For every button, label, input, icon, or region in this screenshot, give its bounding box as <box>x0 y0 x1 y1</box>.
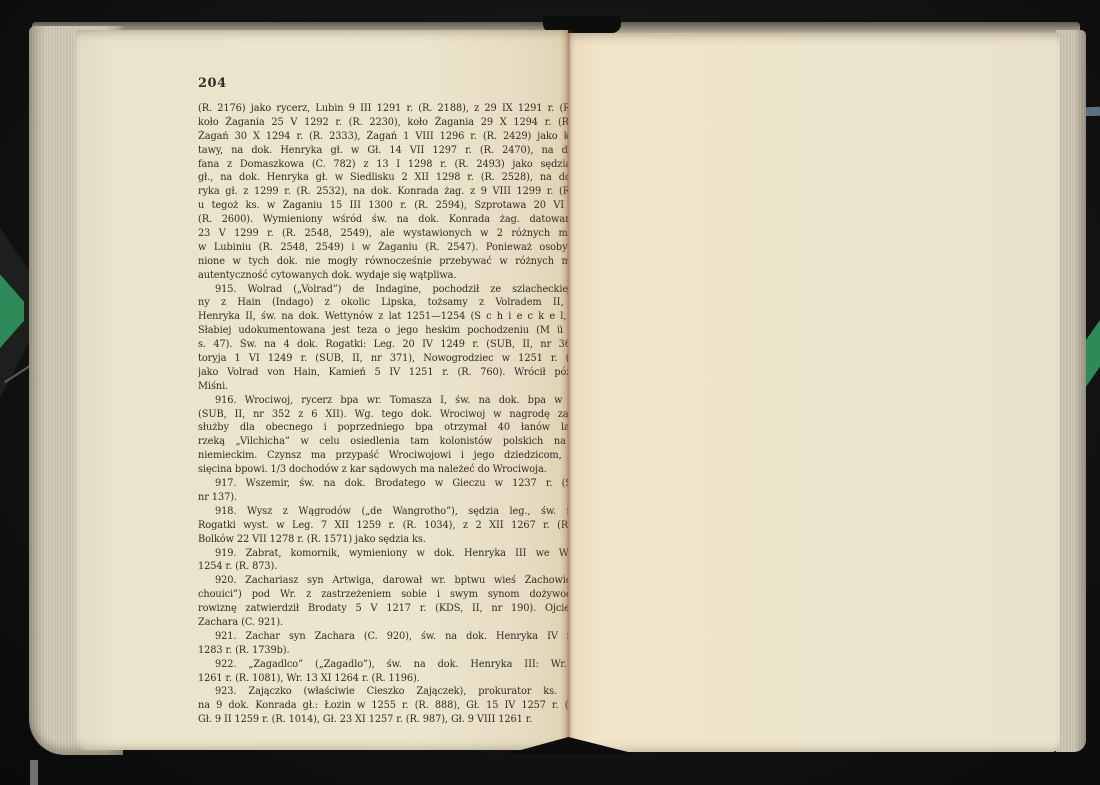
text-line: Miśni. <box>198 380 610 394</box>
text-line: 919. Zabrat, komornik, wymieniony w dok.… <box>198 547 610 561</box>
text-line: (R. 2176) jako rycerz, Lubin 9 III 1291 … <box>198 102 610 116</box>
text-line: toryja 1 VI 1249 r. (SUB, II, nr 371), N… <box>198 352 610 366</box>
text-line: (SUB, II, nr 352 z 6 XII). Wg. tego dok.… <box>198 408 610 422</box>
text-line: jako Volrad von Hain, Kamień 5 IV 1251 r… <box>198 366 610 380</box>
right-page-edge-stack <box>1056 30 1086 752</box>
text-line: ryka gł. z 1299 r. (R. 2532), na dok. Ko… <box>198 185 610 199</box>
text-line: 922. „Zagadlco” („Zagadlo”), św. na dok.… <box>198 658 610 672</box>
paragraph: 923. Zajączko (właściwie Cieszko Zającze… <box>198 685 610 727</box>
text-line: ny z Hain (Indago) z okolic Lipska, tożs… <box>198 296 610 310</box>
text-line: autentyczność cytowanych dok. wydaje się… <box>198 269 610 283</box>
paragraph: 917. Wszemir, św. na dok. Brodatego w Gi… <box>198 477 610 505</box>
paragraph: 921. Zachar syn Zachara (C. 920), św. na… <box>198 630 610 658</box>
text-line: (R. 2600). Wymieniony wśród św. na dok. … <box>198 213 610 227</box>
text-line: niemieckim. Czynsz ma przypaść Wrociwojo… <box>198 449 610 463</box>
page-number-left: 204 <box>198 76 227 91</box>
text-line: Rogatki wyst. w Leg. 7 XII 1259 r. (R. 1… <box>198 519 610 533</box>
paragraph: (R. 2176) jako rycerz, Lubin 9 III 1291 … <box>198 102 610 283</box>
text-line: służby dla obecnego i poprzedniego bpa o… <box>198 421 610 435</box>
text-line: rzeką „Vilchicha” w celu osiedlenia tam … <box>198 435 610 449</box>
text-line: Gł. 9 II 1259 r. (R. 1014), Gł. 23 XI 12… <box>198 713 610 727</box>
text-line: 23 V 1299 r. (R. 2548, 2549), ale wystaw… <box>198 227 610 241</box>
open-book: 204 (R. 2176) jako rycerz, Lubin 9 III 1… <box>0 0 1100 785</box>
text-line: 921. Zachar syn Zachara (C. 920), św. na… <box>198 630 610 644</box>
page-204: 204 (R. 2176) jako rycerz, Lubin 9 III 1… <box>76 30 568 750</box>
text-line: 918. Wysz z Wągrodów („de Wangrotho”), s… <box>198 505 610 519</box>
text-line: Bolków 22 VII 1278 r. (R. 1571) jako sęd… <box>198 533 610 547</box>
text-line: Słabiej udokumentowana jest teza o jego … <box>198 324 610 338</box>
book-gutter <box>560 30 576 752</box>
text-line: gł., na dok. Henryka gł. w Siedlisku 2 X… <box>198 171 610 185</box>
text-line: rowiznę zatwierdził Brodaty 5 V 1217 r. … <box>198 602 610 616</box>
text-line: u tegoż ks. w Żaganiu 15 III 1300 r. (R.… <box>198 199 610 213</box>
text-line: 917. Wszemir, św. na dok. Brodatego w Gi… <box>198 477 610 491</box>
paragraph: 920. Zachariasz syn Artwiga, darował wr.… <box>198 574 610 630</box>
text-line: Henryka II, św. na dok. Wettynów z lat 1… <box>198 310 610 324</box>
text-line: na 9 dok. Konrada gł.: Łozin w 1255 r. (… <box>198 699 610 713</box>
page-204-text: (R. 2176) jako rycerz, Lubin 9 III 1291 … <box>198 102 610 727</box>
paragraph: 918. Wysz z Wągrodów („de Wangrotho”), s… <box>198 505 610 547</box>
text-line: 916. Wrociwoj, rycerz bpa wr. Tomasza I,… <box>198 394 610 408</box>
text-line: 920. Zachariasz syn Artwiga, darował wr.… <box>198 574 610 588</box>
text-line: Żagań 30 X 1294 r. (R. 2333), Żagań 1 VI… <box>198 130 610 144</box>
text-line: fana z Domaszkowa (C. 782) z 13 I 1298 r… <box>198 158 610 172</box>
text-line: sięcina bpowi. 1/3 dochodów z kar sądowy… <box>198 463 610 477</box>
text-line: chouici”) pod Wr. z zastrzeżeniem sobie … <box>198 588 610 602</box>
text-line: 1283 r. (R. 1739b). <box>198 644 610 658</box>
page-number-right: 205 <box>766 85 1100 100</box>
text-line: 915. Wolrad („Volrad”) de Indagine, poch… <box>198 283 610 297</box>
text-line: tawy, na dok. Henryka gł. w Gł. 14 VII 1… <box>198 144 610 158</box>
text-line: s. 47). Św. na 4 dok. Rogatki: Leg. 20 I… <box>198 338 610 352</box>
page-205: 205 (R. 1088), Gł. 26 II 1262 r. (R. 111… <box>568 33 1060 752</box>
text-line: nr 137). <box>198 491 610 505</box>
text-line: w Lubiniu (R. 2548, 2549) i w Żaganiu (R… <box>198 241 610 255</box>
paragraph: 919. Zabrat, komornik, wymieniony w dok.… <box>198 547 610 575</box>
text-line: 1261 r. (R. 1081), Wr. 13 XI 1264 r. (R.… <box>198 672 610 686</box>
text-line: 1254 r. (R. 873). <box>198 560 610 574</box>
text-line: nione w tych dok. nie mogły równocześnie… <box>198 255 610 269</box>
text-line: koło Żagania 25 V 1292 r. (R. 2230), koł… <box>198 116 610 130</box>
paragraph: 922. „Zagadlco” („Zagadlo”), św. na dok.… <box>198 658 610 686</box>
paragraph: 915. Wolrad („Volrad”) de Indagine, poch… <box>198 283 610 394</box>
text-line: Zachara (C. 921). <box>198 616 610 630</box>
text-line: 923. Zajączko (właściwie Cieszko Zającze… <box>198 685 610 699</box>
paragraph: 916. Wrociwoj, rycerz bpa wr. Tomasza I,… <box>198 394 610 477</box>
